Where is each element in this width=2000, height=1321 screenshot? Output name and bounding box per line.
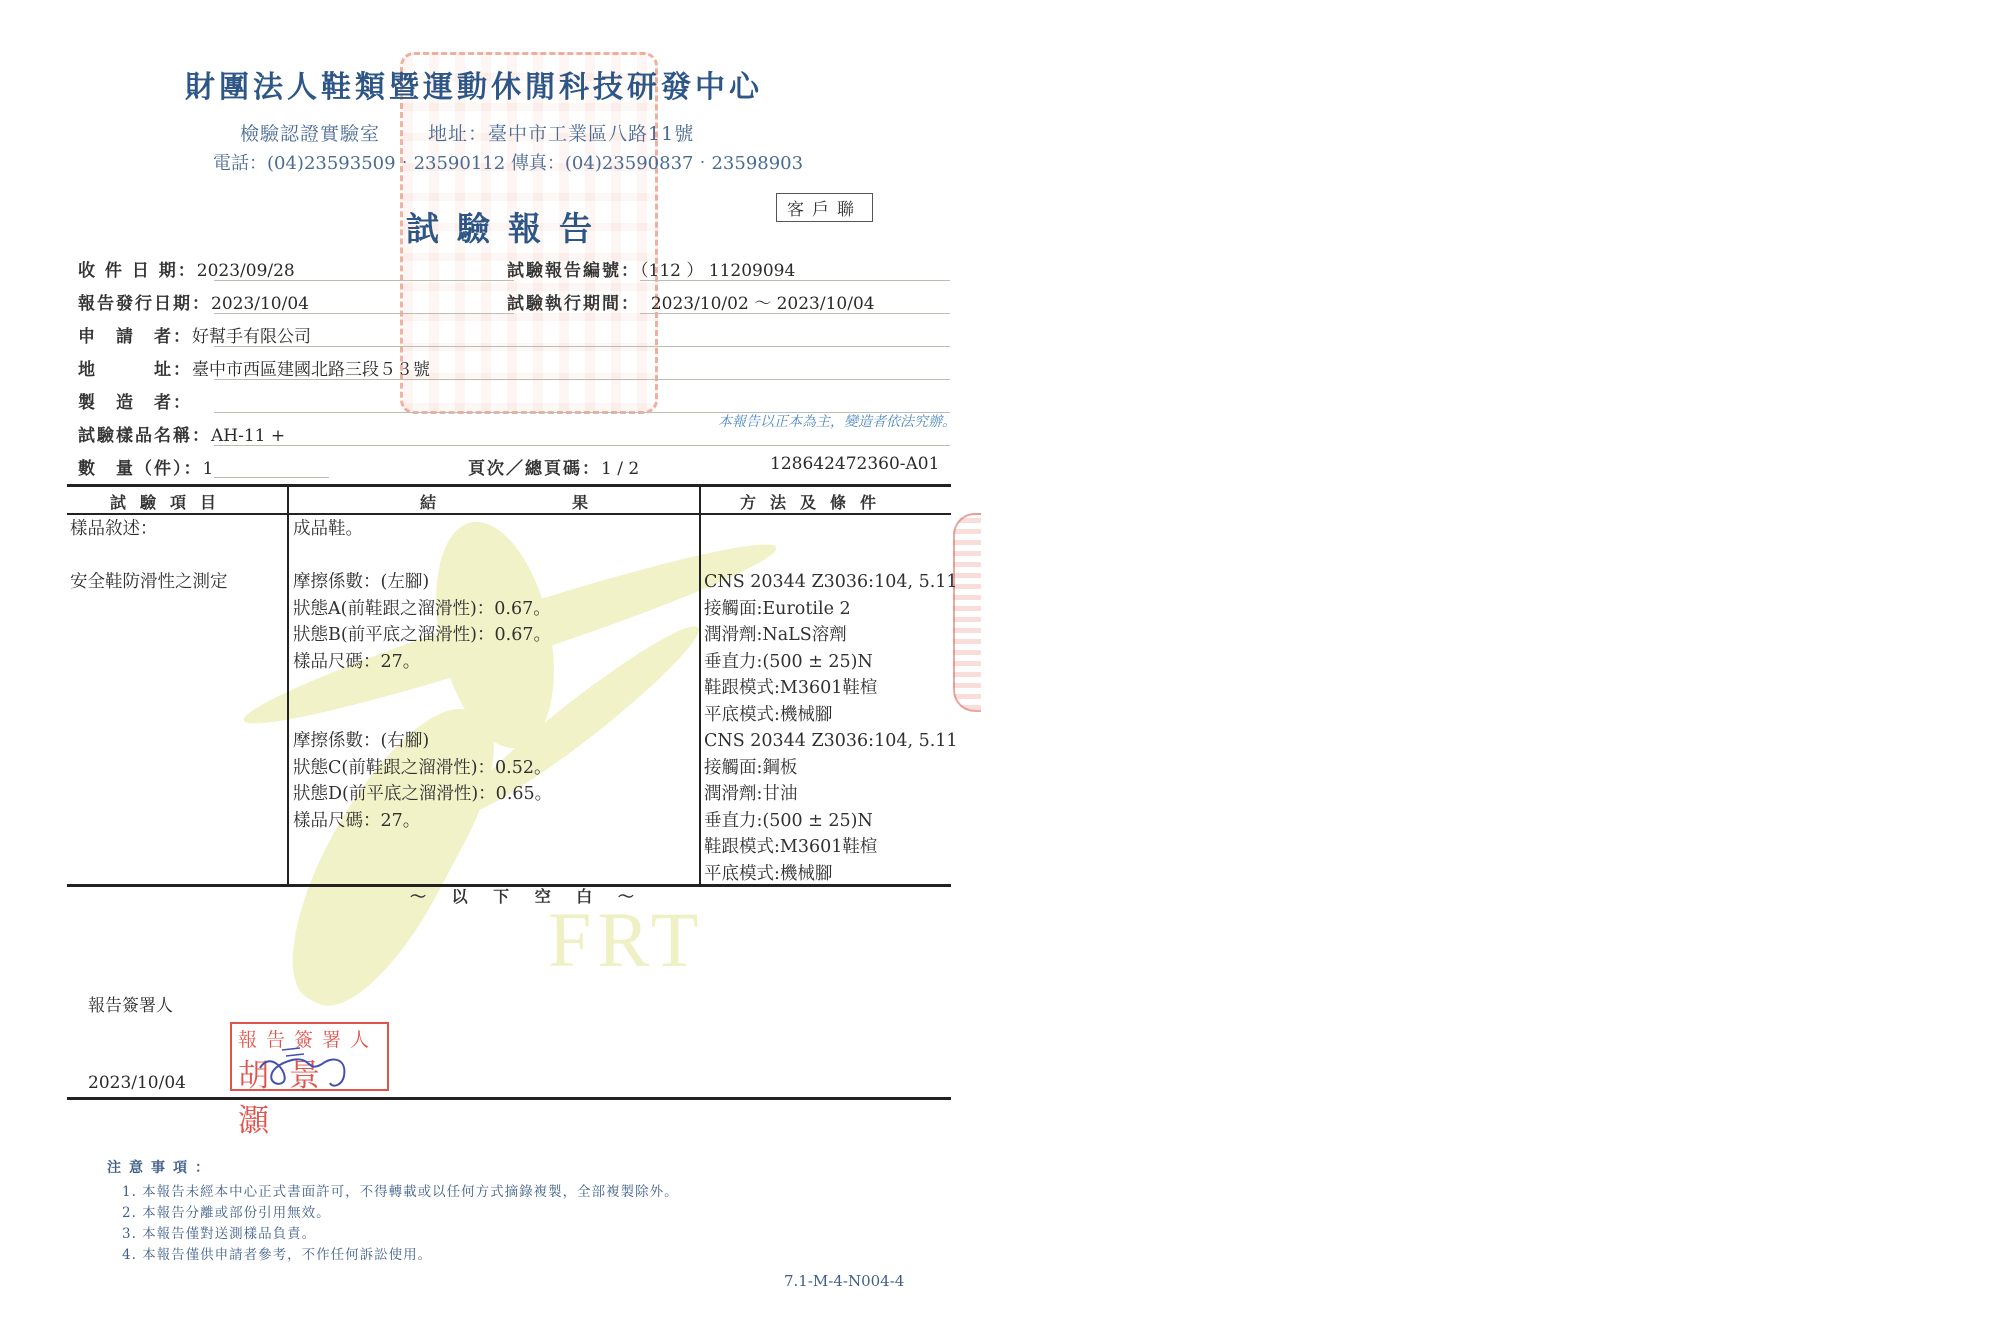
result-line xyxy=(293,675,552,702)
result-line: 樣品尺碼：27。 xyxy=(293,649,552,676)
table-header-result: 結 果 xyxy=(420,490,648,513)
handwritten-signature xyxy=(252,1038,362,1093)
method-line: 鞋跟模式:M3601鞋楦 xyxy=(704,675,958,702)
field-report-number: 試驗報告編號：（112 ） 11209094 xyxy=(507,256,795,281)
notes-title: 注意事項： xyxy=(107,1157,217,1177)
lab-info: 檢驗認證實驗室地址：臺中市工業區八路11號 xyxy=(240,119,694,146)
field-sample-name: 試驗樣品名稱：AH-11 + xyxy=(78,421,285,446)
table-header-test-item: 試驗項目 xyxy=(110,490,230,513)
method-line: 平底模式:機械腳 xyxy=(704,861,958,888)
table-top-rule xyxy=(67,484,951,487)
method-line: 潤滑劑:NaLS溶劑 xyxy=(704,622,958,649)
field-address: 地 址：臺中市西區建國北路三段５３號 xyxy=(78,355,430,380)
copy-label: 客戶聯 xyxy=(776,193,873,222)
signature-rule xyxy=(67,1097,951,1100)
end-of-content-mark: ～ 以 下 空 白 ～ xyxy=(410,884,644,907)
table-col-divider-2 xyxy=(699,486,701,886)
result-line xyxy=(293,702,552,729)
phone-fax: 電話：(04)23593509‧23590112 傳真：(04)23590837… xyxy=(213,149,803,175)
table-cell-item-description: 樣品敘述： xyxy=(70,516,158,543)
field-received-date: 收 件 日 期：2023/09/28 xyxy=(78,256,295,281)
table-cell-item-slip-test: 安全鞋防滑性之測定 xyxy=(70,569,228,596)
note-item: 1. 本報告未經本中心正式書面許可，不得轉載或以任何方式摘錄複製，全部複製除外。 xyxy=(122,1180,679,1200)
field-issue-date: 報告發行日期：2023/10/04 xyxy=(78,289,309,314)
field-applicant: 申 請 者：好幫手有限公司 xyxy=(78,322,311,347)
method-line: 鞋跟模式:M3601鞋楦 xyxy=(704,834,958,861)
method-line: CNS 20344 Z3036:104, 5.11 xyxy=(704,728,958,755)
result-line: 樣品尺碼：27。 xyxy=(293,808,552,835)
field-manufacturer: 製 造 者： xyxy=(78,388,192,413)
field-page-count: 頁次／總頁碼：1 / 2 xyxy=(468,454,639,479)
table-header-rule xyxy=(67,513,951,515)
form-code: 7.1-M-4-N004-4 xyxy=(784,1272,904,1290)
result-line: 狀態D(前平底之溜滑性)：0.65。 xyxy=(293,781,552,808)
field-test-period: 試驗執行期間： 2023/10/02 ～ 2023/10/04 xyxy=(507,289,875,314)
result-line: 狀態C(前鞋跟之溜滑性)：0.52。 xyxy=(293,755,552,782)
report-title: 試驗報告 xyxy=(406,203,610,250)
method-line: 垂直力:(500 ± 25)N xyxy=(704,808,958,835)
table-cell-result-description: 成品鞋。 xyxy=(293,516,363,543)
table-cell-result-slip-test: 摩擦係數：(左腳)狀態A(前鞋跟之溜滑性)：0.67。狀態B(前平底之溜滑性)：… xyxy=(293,569,552,834)
method-line: 接觸面:鋼板 xyxy=(704,755,958,782)
signer-label: 報告簽署人 xyxy=(88,991,173,1016)
method-line: 潤滑劑:甘油 xyxy=(704,781,958,808)
method-line: CNS 20344 Z3036:104, 5.11 xyxy=(704,569,958,596)
authenticity-notice: 本報告以正本為主，變造者依法究辦。 xyxy=(718,411,956,431)
result-line: 狀態B(前平底之溜滑性)：0.67。 xyxy=(293,622,552,649)
note-item: 4. 本報告僅供申請者參考，不作任何訴訟使用。 xyxy=(122,1243,432,1263)
sign-date: 2023/10/04 xyxy=(88,1073,186,1093)
lab-name: 檢驗認證實驗室 xyxy=(240,123,380,145)
table-header-method: 方法及條件 xyxy=(740,490,890,513)
lab-address: 地址：臺中市工業區八路11號 xyxy=(428,123,694,145)
method-line: 平底模式:機械腳 xyxy=(704,702,958,729)
result-line: 狀態A(前鞋跟之溜滑性)：0.67。 xyxy=(293,596,552,623)
table-col-divider-1 xyxy=(287,486,289,886)
organization-name: 財團法人鞋類暨運動休閒科技研發中心 xyxy=(185,62,763,106)
note-item: 2. 本報告分離或部份引用無效。 xyxy=(122,1201,331,1221)
result-line: 摩擦係數：(右腳) xyxy=(293,728,552,755)
note-item: 3. 本報告僅對送測樣品負責。 xyxy=(122,1222,316,1242)
table-cell-method-slip-test: CNS 20344 Z3036:104, 5.11接觸面:Eurotile 2潤… xyxy=(704,569,958,887)
field-quantity: 數 量（件）：1 xyxy=(78,454,213,479)
watermark-text: FRT xyxy=(548,895,704,985)
method-line: 垂直力:(500 ± 25)N xyxy=(704,649,958,676)
method-line: 接觸面:Eurotile 2 xyxy=(704,596,958,623)
serial-number: 128642472360-A01 xyxy=(770,454,939,474)
result-line: 摩擦係數：(左腳) xyxy=(293,569,552,596)
